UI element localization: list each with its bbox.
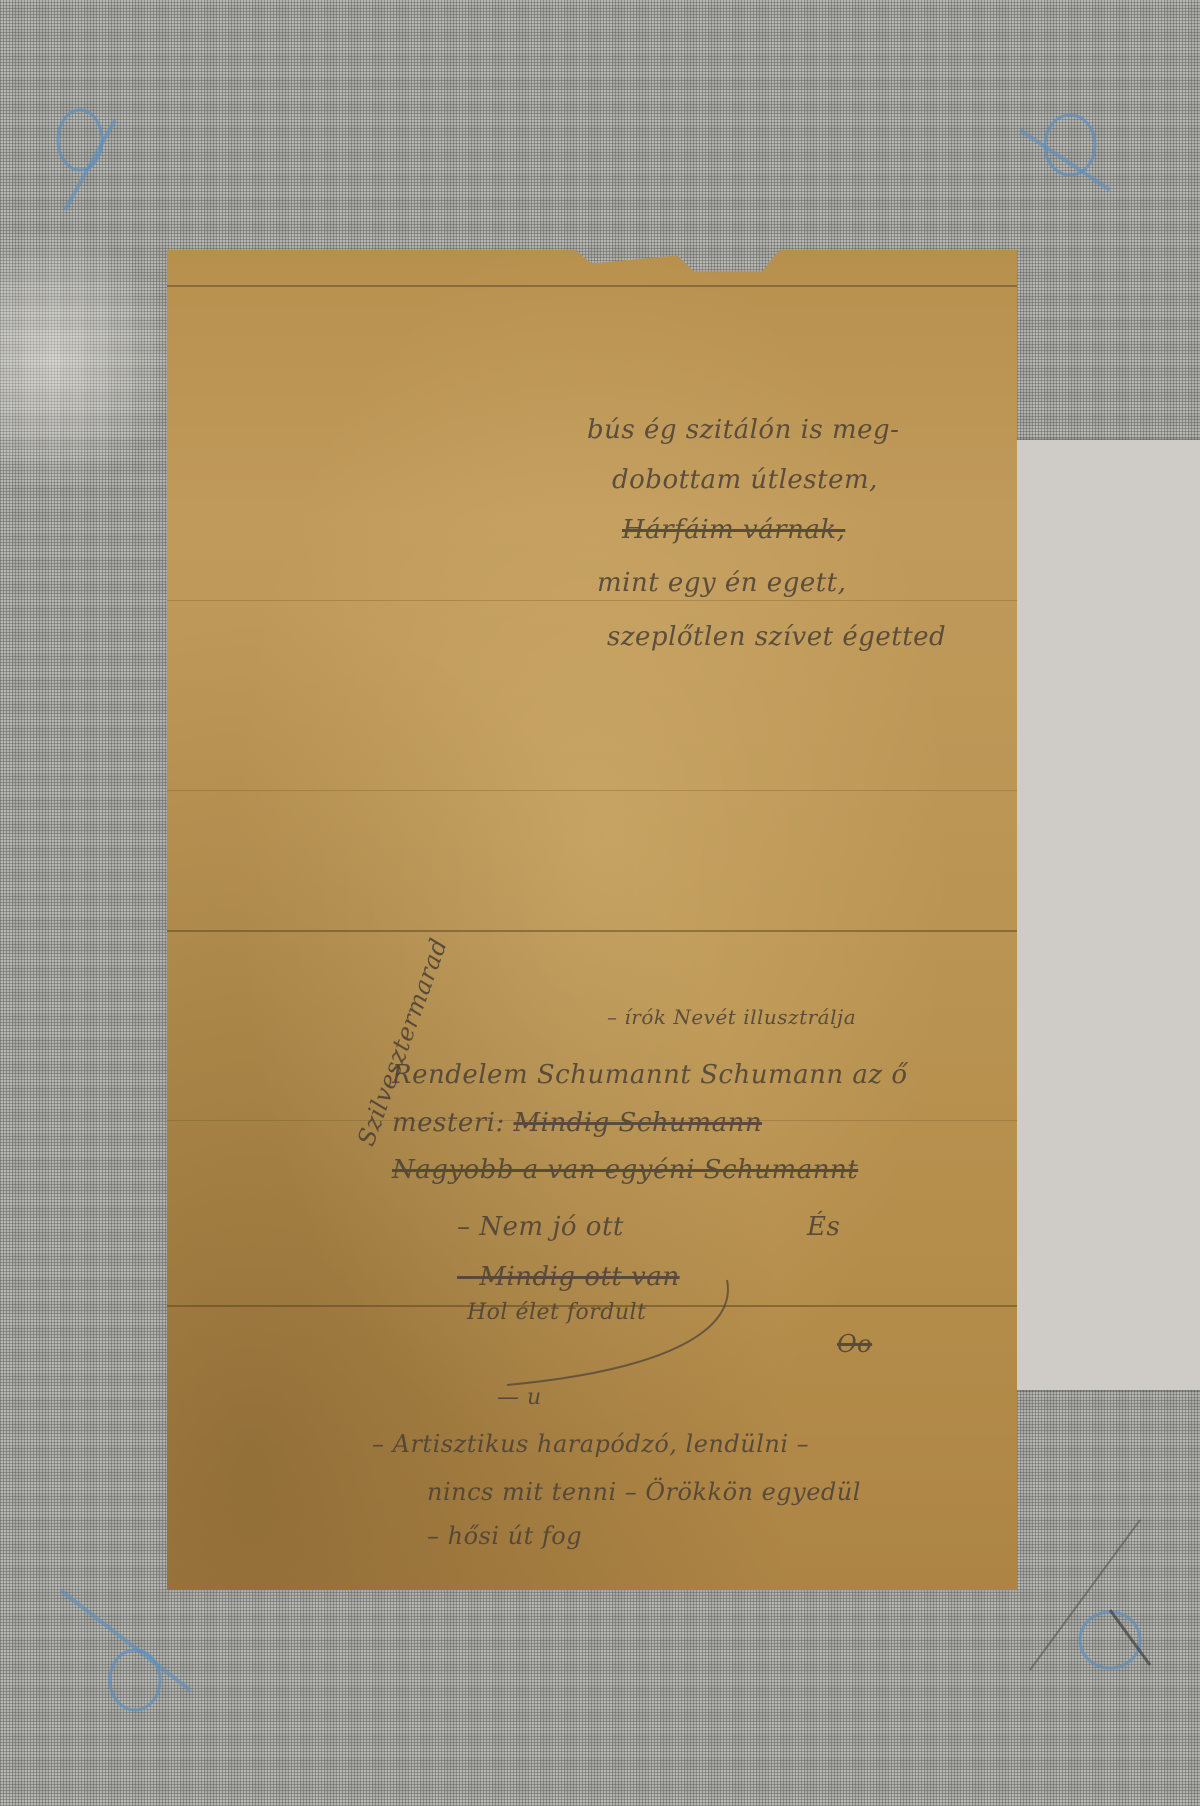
paper-crease [167, 285, 1017, 287]
manuscript-page: bús ég szitálón is meg- dobottam útleste… [167, 250, 1017, 1590]
struck-phrase: Mindig Schumann [514, 1108, 763, 1138]
handwritten-line: – Nem jó ott [457, 1212, 624, 1242]
handwritten-line: bús ég szitálón is meg- [587, 415, 899, 445]
handwritten-line: Rendelem Schumannt Schumann az ő [392, 1060, 907, 1090]
bottom-scribble: Oo [837, 1330, 872, 1358]
loop-stroke [487, 1270, 737, 1390]
line-prefix: mesteri: [392, 1108, 505, 1138]
side-note: És [807, 1212, 840, 1242]
handwritten-line-struck: Hárfáim várnak, [622, 515, 845, 545]
corner-mark-bottom-right [1010, 1490, 1170, 1690]
handwritten-line: mint egy én egett, [597, 568, 846, 598]
handwritten-line: dobottam útlestem, [612, 465, 878, 495]
handwritten-line: szeplőtlen szívet égetted [607, 622, 946, 652]
center-fold [167, 930, 1017, 932]
corner-mark-top-left [45, 100, 135, 230]
handwritten-line: nincs mit tenni – Örökkön egyedül [427, 1478, 861, 1506]
handwritten-line-struck: Nagyobb a van egyéni Schumannt [392, 1155, 858, 1185]
handwritten-line: mesteri: Mindig Schumann [392, 1108, 762, 1138]
corner-mark-top-right [1010, 100, 1130, 250]
section-marker: — u [497, 1385, 542, 1410]
handwritten-line: – Artisztikus harapódzó, lendülni – [372, 1430, 809, 1458]
ruling-line [167, 790, 1017, 791]
handwritten-line: – hősi út fog [427, 1522, 582, 1550]
light-glare [0, 230, 180, 490]
insertion-note: – írók Nevét illusztrálja [607, 1005, 856, 1029]
white-reference-card [1005, 440, 1200, 1390]
ruling-line [167, 600, 1017, 601]
